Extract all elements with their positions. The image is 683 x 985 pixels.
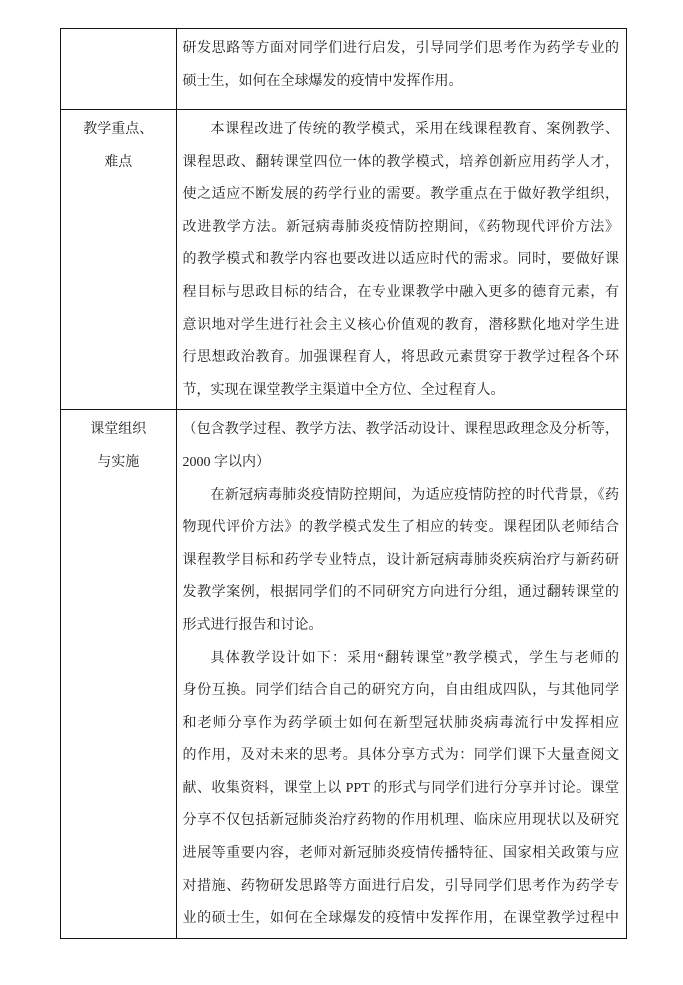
text-line: 课程教学目标和药学专业特点，设计新冠病毒肺炎疾病治疗与新药研: [183, 545, 620, 578]
text-line: 的作用，及对未来的思考。具体分享方式为：同学们课下大量查阅文: [183, 740, 620, 773]
row-label-line: 课堂组织: [63, 414, 174, 447]
text-line: 具体教学设计如下：采用“翻转课堂”教学模式，学生与老师的: [183, 643, 620, 676]
text-line: 研发思路等方面对同学们进行启发，引导同学们思考作为药学专业的: [183, 33, 620, 66]
row-content-cell: 本课程改进了传统的教学模式，采用在线课程教育、案例教学、课程思政、翻转课堂四位一…: [177, 110, 627, 409]
text-line: 课程思政、翻转课堂四位一体的教学模式，培养创新应用药学人才，: [183, 147, 620, 180]
text-line: 的教学模式和教学内容也要改进以适应时代的需求。同时，要做好课: [183, 244, 620, 277]
course-table: 研发思路等方面对同学们进行启发，引导同学们思考作为药学专业的硕士生，如何在全球爆…: [60, 28, 627, 939]
text-line: 2000 字以内）: [183, 447, 620, 480]
text-line: 节，实现在课堂教学主渠道中全方位、全过程育人。: [183, 375, 620, 408]
row-label-line: 教学重点、: [63, 114, 174, 147]
text-line: 分享不仅包括新冠肺炎治疗药物的作用机理、临床应用现状以及研究: [183, 805, 620, 838]
text-line: 物现代评价方法》的教学模式发生了相应的转变。课程团队老师结合: [183, 512, 620, 545]
text-line: （包含教学过程、教学方法、教学活动设计、课程思政理念及分析等，: [183, 414, 620, 447]
row-label-cell: 教学重点、难点: [61, 110, 177, 409]
table-row: 研发思路等方面对同学们进行启发，引导同学们思考作为药学专业的硕士生，如何在全球爆…: [61, 29, 626, 109]
text-line: 改进教学方法。新冠病毒肺炎疫情防控期间，《药物现代评价方法》: [183, 212, 620, 245]
text-line: 本课程改进了传统的教学模式，采用在线课程教育、案例教学、: [183, 114, 620, 147]
text-line: 献、收集资料，课堂上以 PPT 的形式与同学们进行分享并讨论。课堂: [183, 773, 620, 806]
row-label-cell: 课堂组织与实施: [61, 410, 177, 938]
document-page: 研发思路等方面对同学们进行启发，引导同学们思考作为药学专业的硕士生，如何在全球爆…: [0, 0, 683, 985]
text-line: 身份互换。同学们结合自己的研究方向，自由组成四队，与其他同学: [183, 675, 620, 708]
text-line: 进展等重要内容，老师对新冠肺炎疫情传播特征、国家相关政策与应: [183, 838, 620, 871]
text-line: 行思想政治教育。加强课程育人，将思政元素贯穿于教学过程各个环: [183, 342, 620, 375]
text-line: 对措施、药物研发思路等方面进行启发，引导同学们思考作为药学专: [183, 871, 620, 904]
row-label-line: 难点: [63, 147, 174, 180]
text-line: 发教学案例，根据同学们的不同研究方向进行分组，通过翻转课堂的: [183, 577, 620, 610]
row-label-cell: [61, 29, 177, 109]
text-line: 和老师分享作为药学硕士如何在新型冠状肺炎病毒流行中发挥相应: [183, 708, 620, 741]
text-line: 意识地对学生进行社会主义核心价值观的教育，潜移默化地对学生进: [183, 310, 620, 343]
row-label-line: 与实施: [63, 447, 174, 480]
text-line: 形式进行报告和讨论。: [183, 610, 620, 643]
text-line: 硕士生，如何在全球爆发的疫情中发挥作用。: [183, 66, 620, 99]
row-content-cell: （包含教学过程、教学方法、教学活动设计、课程思政理念及分析等，2000 字以内）…: [177, 410, 627, 938]
text-line: 在新冠病毒肺炎疫情防控期间，为适应疫情防控的时代背景，《药: [183, 480, 620, 513]
row-content-cell: 研发思路等方面对同学们进行启发，引导同学们思考作为药学专业的硕士生，如何在全球爆…: [177, 29, 627, 109]
text-line: 使之适应不断发展的药学行业的需要。教学重点在于做好教学组织，: [183, 179, 620, 212]
table-row: 课堂组织与实施（包含教学过程、教学方法、教学活动设计、课程思政理念及分析等，20…: [61, 409, 626, 938]
text-line: 程目标与思政目标的结合，在专业课教学中融入更多的德育元素，有: [183, 277, 620, 310]
text-line: 业的硕士生，如何在全球爆发的疫情中发挥作用，在课堂教学过程中: [183, 903, 620, 936]
table-row: 教学重点、难点本课程改进了传统的教学模式，采用在线课程教育、案例教学、课程思政、…: [61, 109, 626, 409]
